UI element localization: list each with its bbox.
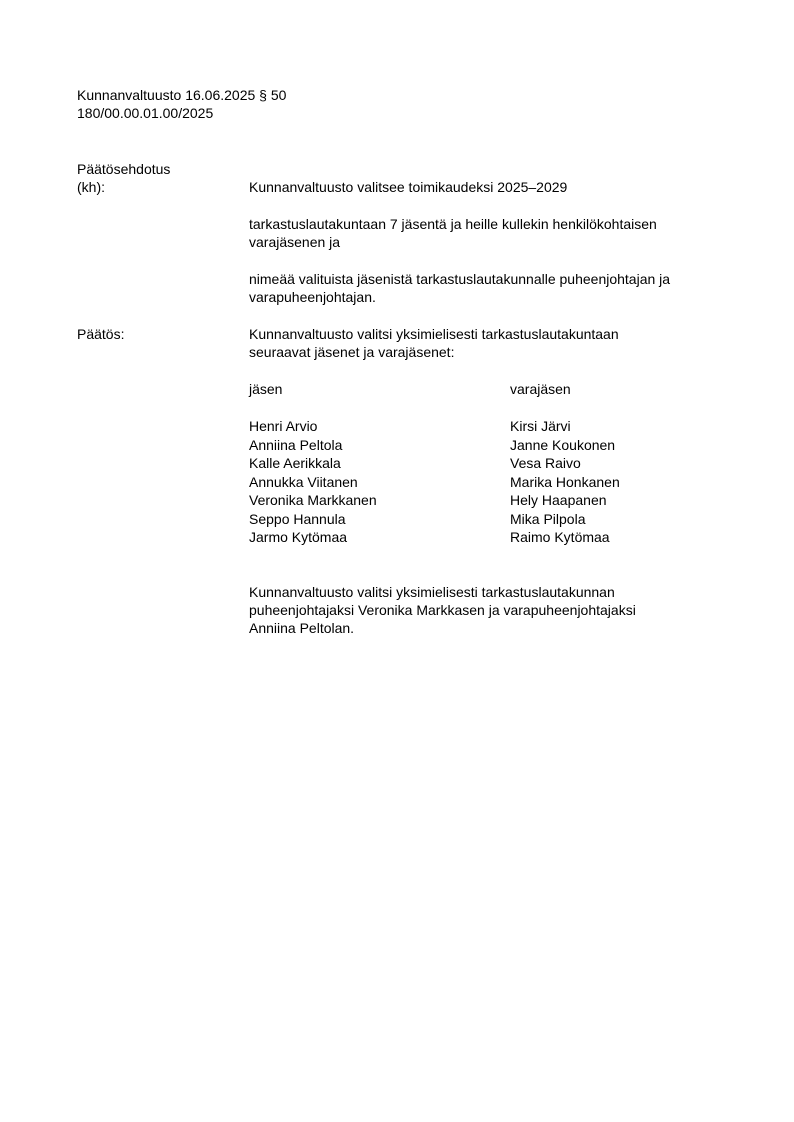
proposal-paragraph-2-line-1: tarkastuslautakuntaan 7 jäsentä ja heill… (249, 215, 657, 233)
member-name: Veronika Markkanen (249, 491, 377, 510)
member-name: Anniina Peltola (249, 436, 377, 455)
deputy-list: Kirsi Järvi Janne Koukonen Vesa Raivo Ma… (510, 417, 620, 547)
deputy-name: Kirsi Järvi (510, 417, 620, 436)
deputy-name: Mika Pilpola (510, 510, 620, 529)
deputy-name: Marika Honkanen (510, 473, 620, 492)
meeting-reference: Kunnanvaltuusto 16.06.2025 § 50 (77, 86, 286, 104)
proposal-paragraph-2-line-2: varajäsenen ja (249, 233, 340, 251)
member-name: Annukka Viitanen (249, 473, 377, 492)
proposal-paragraph-3-line-2: varapuheenjohtajan. (249, 288, 376, 306)
decision-intro-line-2: seuraavat jäsenet ja varajäsenet: (249, 343, 454, 361)
deputy-column-header: varajäsen (510, 380, 571, 398)
deputy-name: Janne Koukonen (510, 436, 620, 455)
deputy-name: Hely Haapanen (510, 491, 620, 510)
member-name: Seppo Hannula (249, 510, 377, 529)
member-name: Jarmo Kytömaa (249, 528, 377, 547)
chair-decision-line-2: puheenjohtajaksi Veronika Markkasen ja v… (249, 601, 636, 619)
chair-decision-line-3: Anniina Peltolan. (249, 619, 354, 637)
chair-decision-line-1: Kunnanvaltuusto valitsi yksimielisesti t… (249, 583, 615, 601)
proposal-paragraph-1: Kunnanvaltuusto valitsee toimikaudeksi 2… (249, 178, 567, 196)
deputy-name: Raimo Kytömaa (510, 528, 620, 547)
member-column-header: jäsen (249, 380, 282, 398)
proposal-label-suffix: (kh): (77, 178, 105, 196)
decision-label: Päätös: (77, 325, 124, 343)
deputy-name: Vesa Raivo (510, 454, 620, 473)
member-list: Henri Arvio Anniina Peltola Kalle Aerikk… (249, 417, 377, 547)
decision-intro-line-1: Kunnanvaltuusto valitsi yksimielisesti t… (249, 325, 619, 343)
member-name: Kalle Aerikkala (249, 454, 377, 473)
proposal-paragraph-3-line-1: nimeää valituista jäsenistä tarkastuslau… (249, 270, 670, 288)
record-number: 180/00.00.01.00/2025 (77, 104, 213, 122)
proposal-label: Päätösehdotus (77, 160, 170, 178)
member-name: Henri Arvio (249, 417, 377, 436)
